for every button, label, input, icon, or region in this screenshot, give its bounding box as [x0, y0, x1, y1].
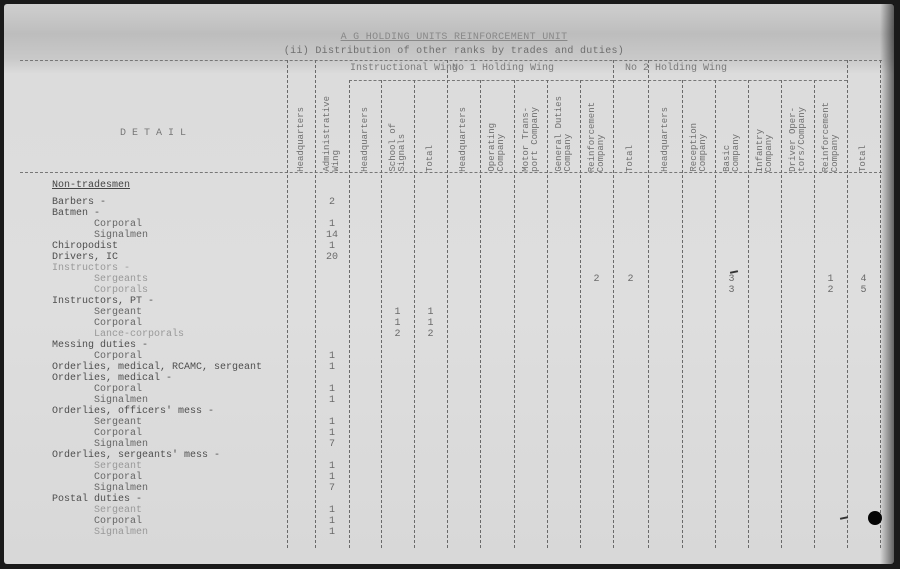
column-header-w2_rc: Reinforcement Company — [822, 82, 840, 172]
column-header-w2_hq: Headquarters — [656, 82, 674, 172]
column-header-label: Basic Company — [723, 134, 741, 172]
group-no2-holding-wing: No 2 Holding Wing — [625, 63, 727, 74]
column-header-label: Headquarters — [361, 107, 370, 172]
table-cell-iw_sos: 1 — [386, 318, 410, 329]
table-cell-admin: 1 — [320, 527, 344, 538]
table-cell-admin: 2 — [320, 197, 344, 208]
table-cell-w1_total: 2 — [619, 274, 643, 285]
table-cell-admin: 1 — [320, 384, 344, 395]
table-cell-iw_sos: 1 — [386, 307, 410, 318]
punch-hole — [868, 511, 882, 525]
group-instructional-wing: Instructional Wing — [350, 63, 458, 74]
document-title: A G HOLDING UNITS REINFORCEMENT UNIT — [4, 32, 900, 43]
table-cell-iw_total: 1 — [419, 307, 443, 318]
table-cell-w2_rc: 2 — [819, 285, 843, 296]
table-row-label: Drivers, IC — [52, 252, 118, 263]
table-row-label: Sergeant — [52, 505, 142, 516]
column-header-label: Total — [426, 145, 435, 172]
rule-line — [580, 80, 581, 548]
table-row-label: Barbers - — [52, 197, 106, 208]
section-heading: Non-tradesmen — [52, 180, 130, 191]
rule-line — [381, 80, 382, 548]
column-header-w1_rc: Reinforcement Company — [588, 82, 606, 172]
column-header-w1_mt: Motor Trans- port Company — [522, 82, 540, 172]
table-row-label: Orderlies, officers' mess - — [52, 406, 214, 417]
column-header-label: Motor Trans- port Company — [522, 107, 540, 172]
table-cell-admin: 1 — [320, 472, 344, 483]
table-cell-admin: 1 — [320, 395, 344, 406]
table-cell-admin: 1 — [320, 219, 344, 230]
column-header-label: Administrative Wing — [323, 96, 341, 172]
rule-line — [287, 60, 288, 548]
rule-line — [682, 80, 683, 548]
table-cell-admin: 7 — [320, 439, 344, 450]
column-header-total: Total — [855, 82, 873, 172]
table-row-label: Signalmen — [52, 439, 148, 450]
column-header-admin: Administrative Wing — [323, 82, 341, 172]
column-header-label: Reception Company — [690, 123, 708, 172]
table-row-label: Orderlies, medical - — [52, 373, 172, 384]
table-row-label: Corporal — [52, 219, 142, 230]
rule-line — [613, 60, 614, 548]
table-cell-w2_basic: 3 — [720, 285, 744, 296]
table-cell-admin: 1 — [320, 351, 344, 362]
table-cell-iw_total: 1 — [419, 318, 443, 329]
detail-column-header: DETAIL — [120, 128, 192, 139]
table-row-label: Instructors, PT - — [52, 296, 154, 307]
table-cell-admin: 1 — [320, 362, 344, 373]
rule-line — [20, 60, 882, 61]
table-cell-admin: 1 — [320, 241, 344, 252]
table-row-label: Corporals — [52, 285, 148, 296]
table-row-label: Corporal — [52, 472, 142, 483]
table-cell-total: 4 — [852, 274, 876, 285]
rule-line — [349, 80, 350, 548]
table-row-label: Corporal — [52, 428, 142, 439]
table-row-label: Lance-corporals — [52, 329, 184, 340]
column-header-iw_total: Total — [422, 82, 440, 172]
column-header-w1_total: Total — [622, 82, 640, 172]
table-row-label: Sergeant — [52, 307, 142, 318]
column-header-w2_inf: Infantry Company — [756, 82, 774, 172]
table-row-label: Corporal — [52, 318, 142, 329]
rule-line — [847, 60, 848, 548]
table-row-label: Postal duties - — [52, 494, 142, 505]
rule-line — [880, 60, 881, 548]
rule-line — [514, 80, 515, 548]
table-cell-w1_rc: 2 — [585, 274, 609, 285]
column-header-label: Headquarters — [661, 107, 670, 172]
table-row-label: Batmen - — [52, 208, 100, 219]
column-header-label: General Duties Company — [555, 96, 573, 172]
table-row-label: Sergeant — [52, 417, 142, 428]
rule-line — [480, 80, 481, 548]
column-header-hq: Headquarters — [292, 82, 310, 172]
document-subtitle: (ii) Distribution of other ranks by trad… — [4, 46, 900, 57]
table-row-label: Orderlies, medical, RCAMC, sergeant — [52, 362, 262, 373]
column-header-label: Headquarters — [459, 107, 468, 172]
table-row-label: Signalmen — [52, 527, 148, 538]
rule-line — [547, 80, 548, 548]
rule-line — [648, 60, 649, 548]
table-cell-admin: 14 — [320, 230, 344, 241]
column-header-label: Headquarters — [297, 107, 306, 172]
column-header-w1_hq: Headquarters — [455, 82, 473, 172]
table-cell-iw_sos: 2 — [386, 329, 410, 340]
rule-line — [447, 60, 448, 548]
column-header-label: Infantry Company — [756, 129, 774, 172]
table-cell-admin: 1 — [320, 461, 344, 472]
rule-line — [715, 80, 716, 548]
column-header-iw_sos: School of Signals — [389, 82, 407, 172]
table-row-label: Orderlies, sergeants' mess - — [52, 450, 220, 461]
column-header-label: Reinforcement Company — [588, 102, 606, 172]
table-row-label: Instructors - — [52, 263, 130, 274]
table-cell-admin: 1 — [320, 417, 344, 428]
table-row-label: Sergeants — [52, 274, 148, 285]
table-cell-w2_rc: 1 — [819, 274, 843, 285]
table-row-label: Chiropodist — [52, 241, 118, 252]
table-cell-admin: 1 — [320, 428, 344, 439]
rule-line — [748, 80, 749, 548]
table-row-label: Signalmen — [52, 395, 148, 406]
table-cell-iw_total: 2 — [419, 329, 443, 340]
column-header-label: School of Signals — [389, 123, 407, 172]
column-header-label: Driver Oper- tors/Company — [789, 107, 807, 172]
table-cell-admin: 1 — [320, 505, 344, 516]
rule-line — [349, 80, 445, 81]
rule-line — [814, 80, 815, 548]
table-row-label: Corporal — [52, 351, 142, 362]
table-row-label: Corporal — [52, 384, 142, 395]
table-cell-admin: 20 — [320, 252, 344, 263]
column-header-label: Total — [626, 145, 635, 172]
column-header-label: Operating Company — [488, 123, 506, 172]
rule-line — [414, 80, 415, 548]
table-cell-w2_basic: 3 — [720, 274, 744, 285]
table-row-label: Sergeant — [52, 461, 142, 472]
column-header-label: Total — [859, 145, 868, 172]
table-cell-total: 5 — [852, 285, 876, 296]
rule-line — [781, 80, 782, 548]
column-header-label: Reinforcement Company — [822, 102, 840, 172]
column-header-w1_gen: General Duties Company — [555, 82, 573, 172]
table-cell-admin: 1 — [320, 516, 344, 527]
column-header-w2_drv: Driver Oper- tors/Company — [789, 82, 807, 172]
column-header-iw_hq: Headquarters — [356, 82, 374, 172]
column-header-w2_rec: Reception Company — [690, 82, 708, 172]
table-row-label: Corporal — [52, 516, 142, 527]
table-row-label: Messing duties - — [52, 340, 148, 351]
column-header-w1_op: Operating Company — [488, 82, 506, 172]
column-header-w2_basic: Basic Company — [723, 82, 741, 172]
table-row-label: Signalmen — [52, 230, 148, 241]
rule-line — [447, 80, 613, 81]
table-cell-admin: 7 — [320, 483, 344, 494]
rule-line — [20, 172, 882, 173]
table-row-label: Signalmen — [52, 483, 148, 494]
rule-line — [315, 60, 316, 548]
group-no1-holding-wing: No 1 Holding Wing — [452, 63, 554, 74]
